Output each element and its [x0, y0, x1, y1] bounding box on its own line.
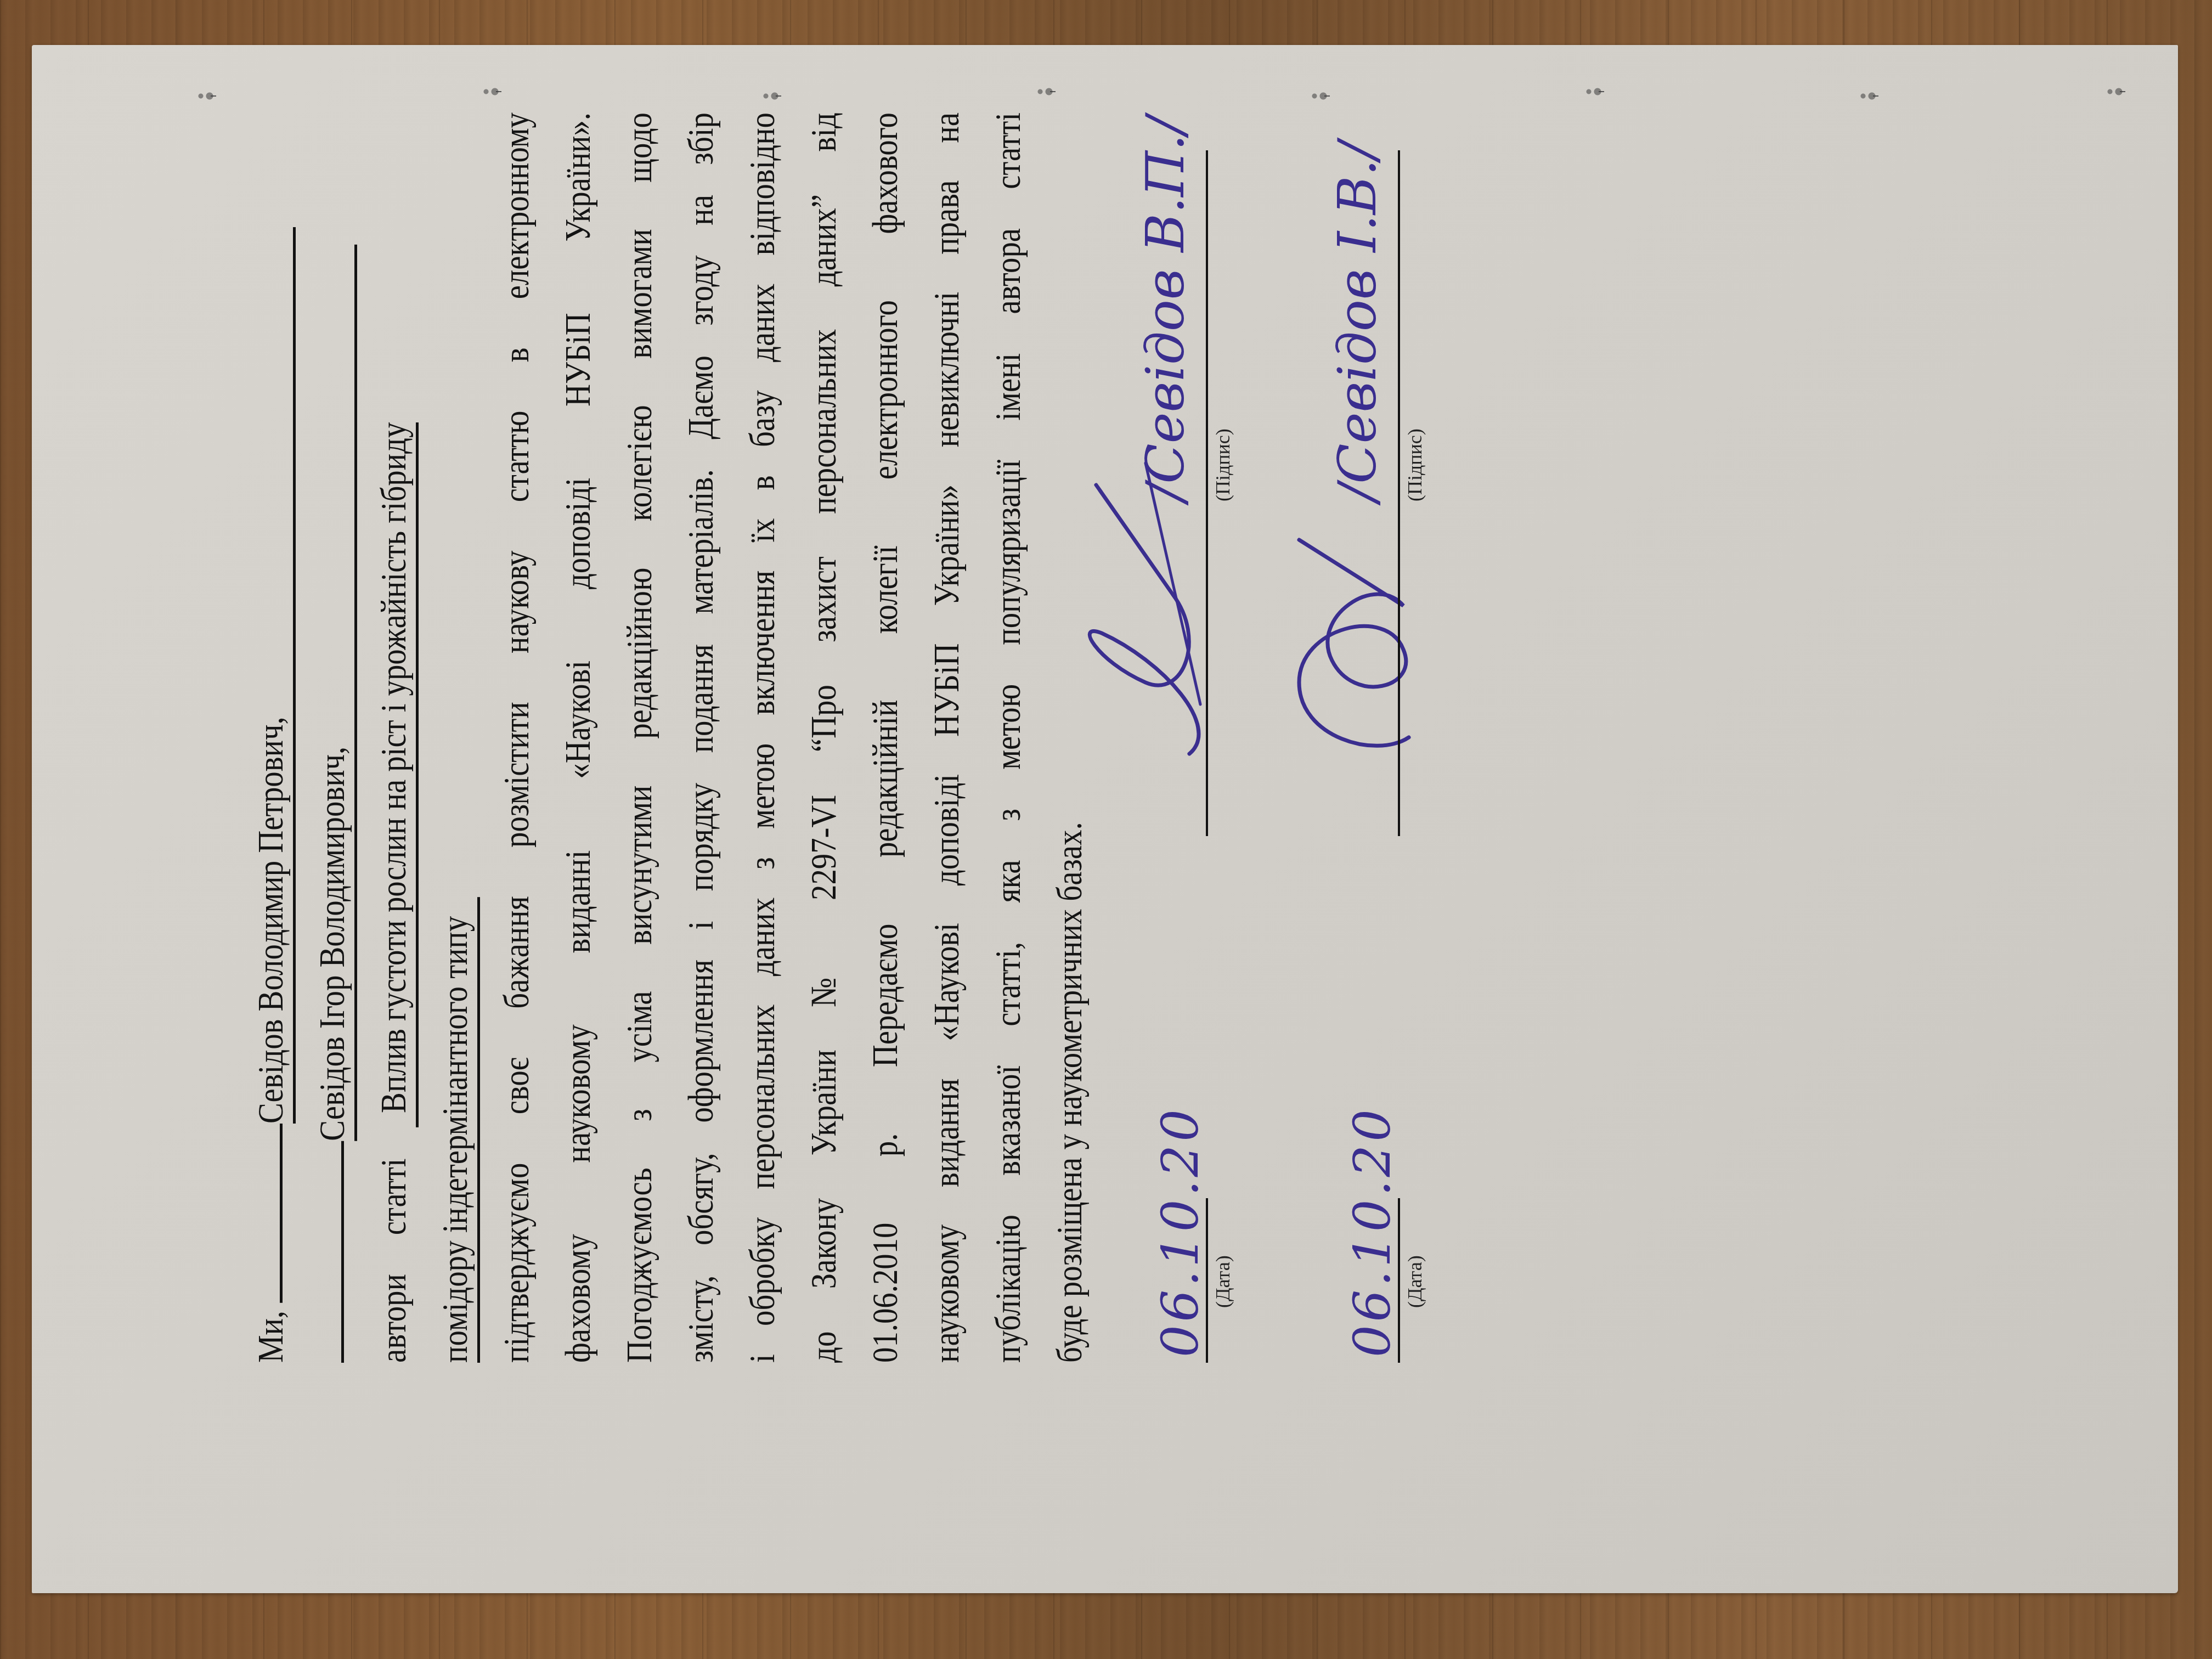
body-line: Погоджуємось з усіма висунутими редакцій… [609, 112, 670, 1363]
body-line: підтверджуємо своє бажання розмістити на… [486, 112, 548, 1363]
signature-handwritten-1: /Севідов В.П./ [1135, 116, 1196, 501]
article-title-line-2: помідору індетермінантного типу [425, 287, 486, 1363]
signature-block-2: 06.10.20 (Дата) /Севідов І.В./ (Підпис) [1348, 45, 1513, 1593]
perforation-mark [196, 91, 218, 101]
authors-line-2: Севідов Ігор Володимирович, [302, 287, 363, 1363]
paper-sheet: Ми, Севідов Володимир Петрович, Севідов … [32, 45, 2178, 1593]
document-page: Ми, Севідов Володимир Петрович, Севідов … [32, 45, 2178, 1593]
signature-handwritten-2: /Севідов І.В./ [1327, 142, 1388, 501]
blank-line [280, 1124, 283, 1303]
authors-line-1: Ми, Севідов Володимир Петрович, [240, 287, 302, 1363]
body-line: 01.06.2010 р. Передаємо редакційній коле… [855, 112, 916, 1363]
date-line-2 [1398, 1198, 1400, 1363]
author-1-field: Севідов Володимир Петрович, [249, 227, 296, 1124]
signature-caption-1: (Підпис) [1211, 428, 1234, 501]
signature-caption-2: (Підпис) [1403, 428, 1426, 501]
signature-line-1 [1206, 150, 1208, 836]
article-title-field: Вплив густоти рослин на ріст і урожайніс… [372, 422, 419, 1127]
body-line: фаховому науковому виданні «Наукові допо… [548, 112, 609, 1363]
perforation-mark [761, 91, 783, 101]
body-line: публікацію вказаної статті, яка з метою … [978, 112, 1039, 1363]
article-title-field-2: помідору індетермінантного типу [433, 897, 480, 1363]
date-caption-1: (Дата) [1211, 1255, 1234, 1308]
body-line: змісту, обсягу, оформлення і порядку под… [670, 112, 732, 1363]
author-2-name: Севідов Ігор Володимирович, [312, 747, 352, 1141]
body-line: науковому видання «Наукові доповіді НУБі… [916, 112, 978, 1363]
date-handwritten-1: 06.10.20 [1151, 1106, 1210, 1357]
author-1-name: Севідов Володимир Петрович, [251, 716, 291, 1124]
we-label: Ми, [251, 1311, 291, 1363]
perforation-mark [482, 87, 504, 97]
article-title-part1: Вплив густоти рослин на ріст і урожайніс… [374, 422, 414, 1113]
perforation-mark [1310, 91, 1332, 101]
date-line-1 [1206, 1198, 1208, 1363]
blank-line [341, 1141, 344, 1363]
consent-text: підтверджуємо своє бажання розмістити на… [486, 287, 1101, 1363]
date-caption-2: (Дата) [1403, 1255, 1426, 1308]
body-line: і обробку персональних даних з метою вкл… [732, 112, 793, 1363]
document-body: Ми, Севідов Володимир Петрович, Севідов … [240, 287, 1101, 1363]
signature-flourish-2 [1266, 463, 1431, 770]
signature-line-2 [1398, 150, 1400, 836]
perforation-mark [1036, 87, 1058, 97]
author-2-field: Севідов Ігор Володимирович, [311, 245, 357, 1141]
article-title-line: автори статті Вплив густоти рослин на рі… [363, 287, 425, 1363]
perforation-mark [1584, 87, 1606, 97]
date-handwritten-2: 06.10.20 [1343, 1106, 1402, 1357]
authors-label: автори [374, 1274, 414, 1363]
body-line: до Закону України № 2297-VI “Про захист … [793, 112, 855, 1363]
signature-block-1: 06.10.20 (Дата) /Севідов В.П./ (Підпис) [1156, 45, 1321, 1593]
perforation-mark [1859, 91, 1881, 101]
article-label: статті [374, 1158, 414, 1235]
article-title-part2: помідору індетермінантного типу [435, 916, 475, 1363]
perforation-mark [2106, 87, 2128, 97]
